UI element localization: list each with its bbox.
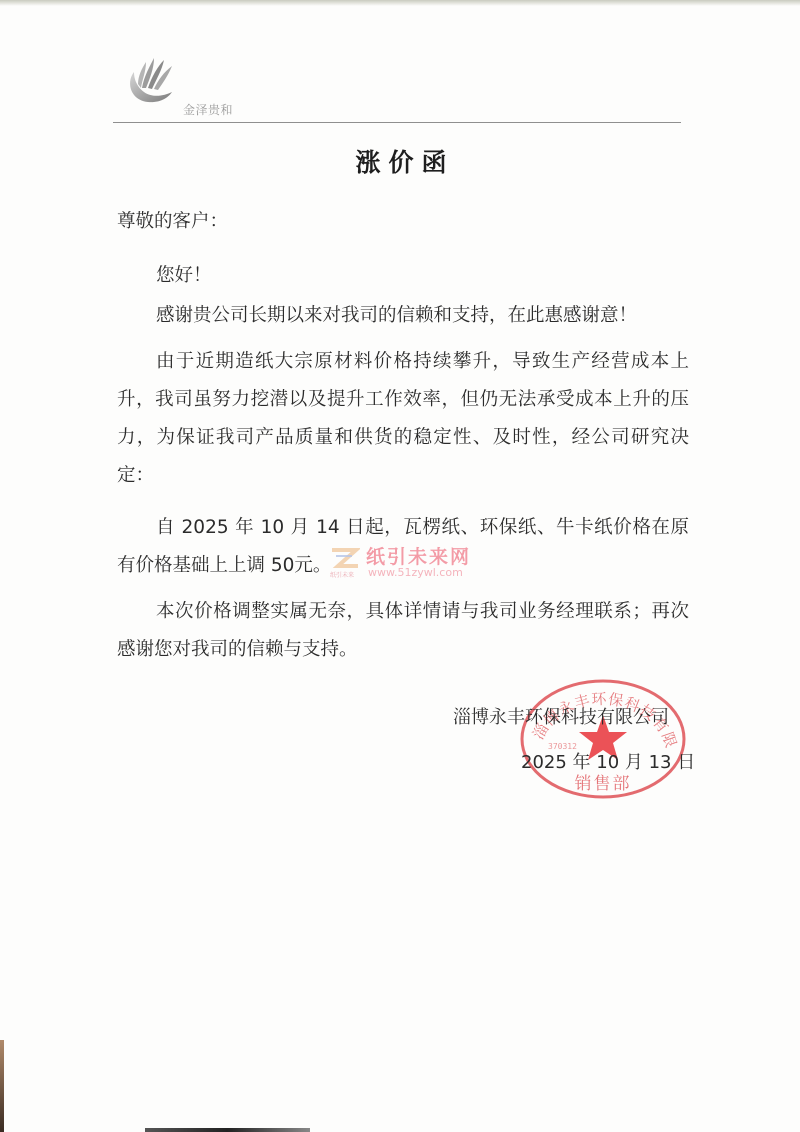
closing-paragraph: 本次价格调整实属无奈，具体详情请与我司业务经理联系；再次感谢您对我司的信赖与支持…	[117, 593, 689, 669]
scan-bottom-edge	[145, 1128, 310, 1132]
document-page: 金泽贵和 涨价函 尊敬的客户： 您好！ 感谢贵公司长期以来对我司的信赖和支持，在…	[0, 0, 800, 1132]
company-logo-icon	[124, 52, 176, 108]
signature-date: 2025 年 10 月 13 日	[521, 748, 695, 774]
reason-paragraph: 由于近期造纸大宗原材料价格持续攀升，导致生产经营成本上升，我司虽努力挖潜以及提升…	[117, 343, 689, 495]
document-title: 涨价函	[0, 143, 800, 179]
signature-company: 淄博永丰环保科技有限公司	[453, 703, 669, 729]
site-watermark: 纸引未来 纸引未来网 www.51zywl.com	[330, 546, 480, 586]
salutation: 尊敬的客户：	[117, 203, 689, 241]
scan-left-edge	[0, 1040, 4, 1132]
scan-top-edge	[0, 0, 800, 6]
watermark-title: 纸引未来网	[366, 542, 471, 569]
watermark-subtext: 纸引未来	[330, 570, 354, 579]
svg-text:销售部: 销售部	[575, 774, 632, 794]
greeting: 您好！	[117, 257, 689, 295]
company-seal: 淄博永丰环保科技有限公司 销售部 370312	[518, 677, 688, 801]
company-logo-text: 金泽贵和	[183, 101, 233, 118]
thanks-paragraph: 感谢贵公司长期以来对我司的信赖和支持，在此惠感谢意！	[117, 297, 689, 335]
watermark-url: www.51zywl.com	[368, 566, 463, 579]
letterhead-divider	[113, 122, 681, 123]
